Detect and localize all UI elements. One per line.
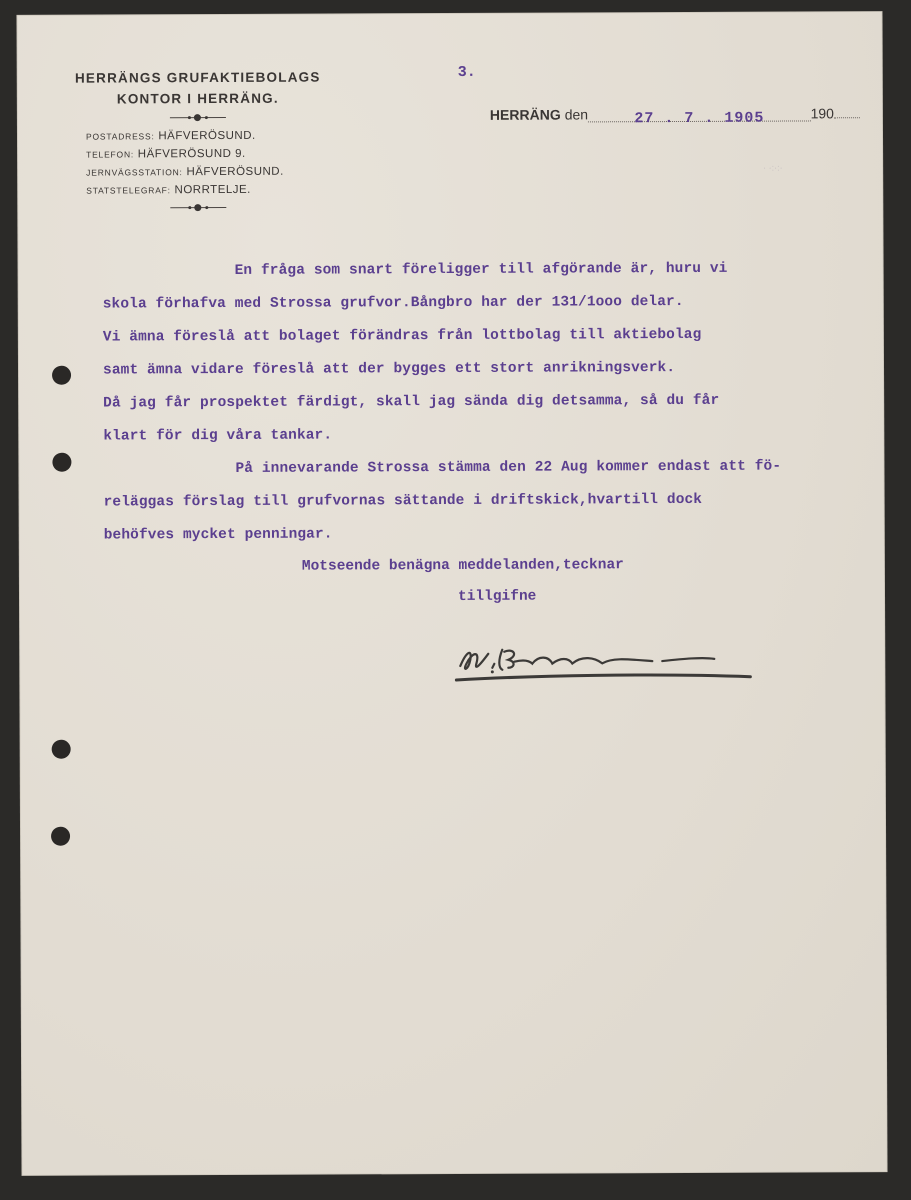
closing-line: Motseende benägna meddelanden,tecknar <box>302 557 624 574</box>
punch-hole <box>51 827 70 846</box>
contact-telefon: TELEFON: HÄFVERÖSUND 9. <box>86 144 338 163</box>
letterhead: HERRÄNGS GRUFAKTIEBOLAGS KONTOR I HERRÄN… <box>58 66 339 217</box>
company-name: HERRÄNGS GRUFAKTIEBOLAGS <box>58 66 338 88</box>
punch-hole <box>52 366 71 385</box>
letter-body: En fråga som snart föreligger till afgör… <box>103 252 844 552</box>
letter-date: 27 . 7 . 1905 <box>634 110 764 128</box>
ornament-divider <box>170 202 226 214</box>
signature <box>452 641 752 686</box>
paragraph-2: På innevarande Strossa stämma den 22 Aug… <box>103 450 843 552</box>
contact-info: POSTADRESS: HÄFVERÖSUND. TELEFON: HÄFVER… <box>86 126 338 199</box>
contact-statstelegraf: STATSTELEGRAF: NORRTELJE. <box>86 180 338 199</box>
contact-jernvagsstation: JERNVÄGSSTATION: HÄFVERÖSUND. <box>86 162 338 181</box>
dateline: HERRÄNG den 27 . 7 . 1905 190 <box>490 102 860 123</box>
ornament-divider <box>170 112 226 124</box>
paragraph-1: En fråga som snart föreligger till afgör… <box>103 252 844 453</box>
punch-hole <box>52 453 71 472</box>
dateline-place: HERRÄNG <box>490 107 561 123</box>
year-prefix: 190 <box>811 105 834 121</box>
closing-valediction: tillgifne <box>458 589 536 605</box>
faint-stamp: · ·:·:· <box>763 162 818 172</box>
dateline-den: den <box>565 106 588 122</box>
page-number: 3. <box>458 64 476 81</box>
punch-hole <box>52 740 71 759</box>
letter-page: HERRÄNGS GRUFAKTIEBOLAGS KONTOR I HERRÄN… <box>17 12 886 1175</box>
contact-postadress: POSTADRESS: HÄFVERÖSUND. <box>86 126 338 145</box>
company-office: KONTOR I HERRÄNG. <box>58 87 338 109</box>
